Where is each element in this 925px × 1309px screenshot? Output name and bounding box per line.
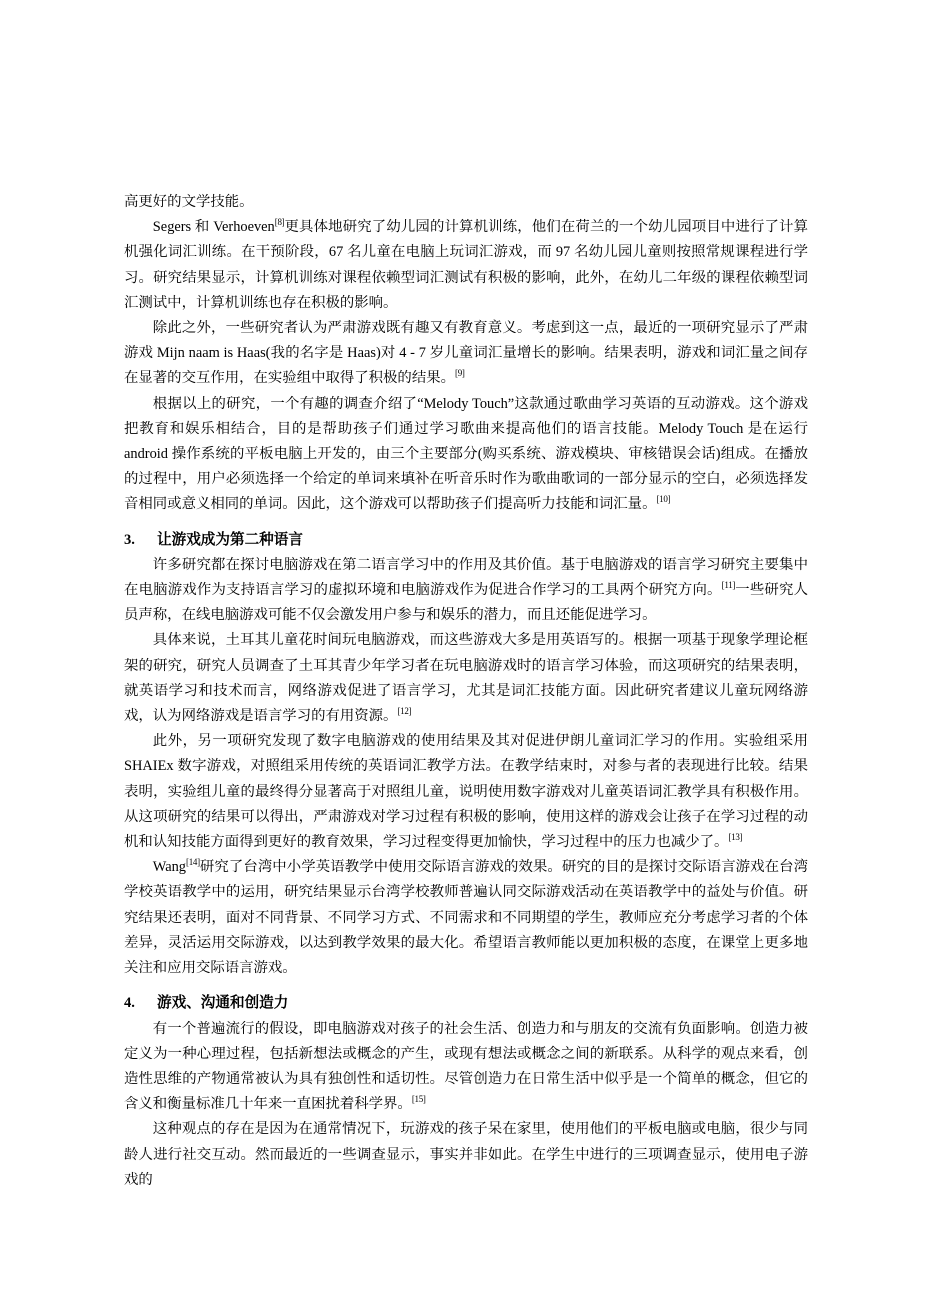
paragraph-text: Wang [153,859,186,875]
paragraph-text: 研究了台湾中小学英语教学中使用交际语言游戏的效果。研究的目的是探讨交际语言游戏在… [124,859,808,976]
section-heading: 4.游戏、沟通和创造力 [124,991,808,1016]
paragraph-text: 有一个普遍流行的假设，即电脑游戏对孩子的社会生活、创造力和与朋友的交流有负面影响… [124,1021,808,1113]
paragraph-text: 根据以上的研究，一个有趣的调查介绍了“Melody Touch”这款通过歌曲学习… [124,396,808,513]
paragraph: 此外，另一项研究发现了数字电脑游戏的使用结果及其对促进伊朗儿童词汇学习的作用。实… [124,729,808,855]
citation-superscript: [9] [455,369,465,379]
citation-superscript: [10] [656,495,670,505]
citation-superscript: [12] [397,706,411,716]
paragraph: 具体来说，土耳其儿童花时间玩电脑游戏，而这些游戏大多是用英语写的。根据一项基于现… [124,628,808,729]
section-number: 3. [124,528,157,553]
paragraph-text: 高更好的文学技能。 [124,194,254,210]
document-page: 高更好的文学技能。Segers 和 Verhoeven[8]更具体地研究了幼儿园… [0,0,925,1309]
section-title: 让游戏成为第二种语言 [157,532,303,548]
paragraph-text: 许多研究都在探讨电脑游戏在第二语言学习中的作用及其价值。基于电脑游戏的语言学习研… [124,557,808,598]
citation-superscript: [8] [275,217,285,227]
paragraph: Segers 和 Verhoeven[8]更具体地研究了幼儿园的计算机训练，他们… [124,215,808,316]
paragraph: 许多研究都在探讨电脑游戏在第二语言学习中的作用及其价值。基于电脑游戏的语言学习研… [124,553,808,629]
paragraph: 这种观点的存在是因为在通常情况下，玩游戏的孩子呆在家里，使用他们的平板电脑或电脑… [124,1117,808,1193]
paragraph: 根据以上的研究，一个有趣的调查介绍了“Melody Touch”这款通过歌曲学习… [124,392,808,518]
paragraph-text: 除此之外，一些研究者认为严肃游戏既有趣又有教育意义。考虑到这一点，最近的一项研究… [124,320,808,386]
citation-superscript: [13] [728,832,742,842]
paragraph: 高更好的文学技能。 [124,190,808,215]
section-heading: 3.让游戏成为第二种语言 [124,528,808,553]
section-number: 4. [124,991,157,1016]
paragraph: 有一个普遍流行的假设，即电脑游戏对孩子的社会生活、创造力和与朋友的交流有负面影响… [124,1017,808,1118]
citation-superscript: [11] [722,580,735,590]
document-content: 高更好的文学技能。Segers 和 Verhoeven[8]更具体地研究了幼儿园… [124,190,808,1193]
paragraph-text: 此外，另一项研究发现了数字电脑游戏的使用结果及其对促进伊朗儿童词汇学习的作用。实… [124,733,808,850]
paragraph-text: 具体来说，土耳其儿童花时间玩电脑游戏，而这些游戏大多是用英语写的。根据一项基于现… [124,632,808,724]
citation-superscript: [15] [412,1094,426,1104]
paragraph: 除此之外，一些研究者认为严肃游戏既有趣又有教育意义。考虑到这一点，最近的一项研究… [124,316,808,392]
section-title: 游戏、沟通和创造力 [157,995,288,1011]
citation-superscript: [14] [186,857,200,867]
paragraph: Wang[14]研究了台湾中小学英语教学中使用交际语言游戏的效果。研究的目的是探… [124,855,808,981]
paragraph-text: 这种观点的存在是因为在通常情况下，玩游戏的孩子呆在家里，使用他们的平板电脑或电脑… [124,1121,808,1187]
paragraph-text: Segers 和 Verhoeven [153,219,275,235]
